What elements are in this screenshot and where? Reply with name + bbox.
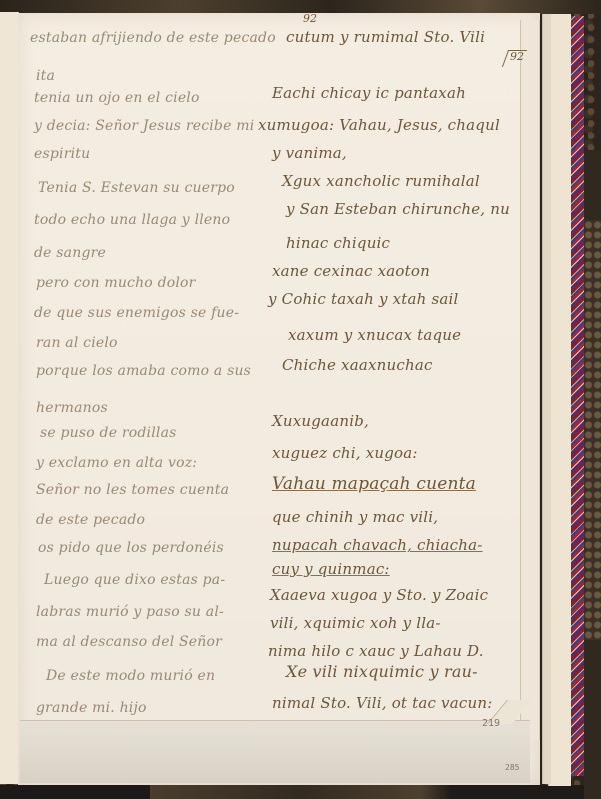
page-mount-strip	[20, 720, 530, 783]
text-line: xuguez chi, xugoa:	[272, 444, 418, 462]
text-line-underlined: nupacah chavach, chiacha-	[272, 536, 483, 554]
text-line: nimal Sto. Vili, ot tac vacun:	[272, 694, 492, 712]
text-line: y decia: Señor Jesus recibe mi	[34, 118, 254, 134]
text-line: tenia un ojo en el cielo	[34, 90, 200, 106]
text-line: Eachi chicay ic pantaxah	[272, 84, 466, 102]
text-line: Xuxugaanib,	[272, 412, 369, 430]
binding-right-texture	[584, 220, 601, 640]
text-line-underlined: cuy y quinmac:	[272, 560, 390, 578]
text-line: Señor no les tomes cuenta	[36, 482, 229, 498]
marbled-page-edge	[570, 16, 584, 776]
text-line: xaxum y xnucax taque	[288, 326, 461, 344]
gutter-page-edge	[0, 12, 19, 784]
pencil-mark: 285	[505, 763, 519, 772]
text-line: ran al cielo	[36, 335, 118, 351]
binding-top-edge	[0, 0, 601, 14]
stacked-page-edge	[548, 14, 571, 786]
text-line: xane cexinac xaoton	[272, 262, 430, 280]
text-line: y Cohic taxah y xtah sail	[268, 290, 459, 308]
text-line: ma al descanso del Señor	[36, 634, 222, 650]
text-line: os pido que los perdonéis	[38, 540, 224, 556]
text-line: Chiche xaaxnuchac	[282, 356, 433, 374]
text-line: y exclamo en alta voz:	[36, 455, 197, 471]
text-line: De este modo murió en	[46, 668, 215, 684]
text-line: nima hilo c xauc y Lahau D.	[268, 642, 484, 660]
text-line: xumugoa: Vahau, Jesus, chaqul	[258, 116, 500, 134]
text-line: de este pecado	[36, 512, 145, 528]
text-line: que chinih y mac vili,	[272, 508, 438, 526]
text-line: cutum y rumimal Sto. Vili	[286, 28, 485, 46]
text-line: y San Esteban chirunche, nu	[286, 200, 510, 218]
text-line: grande mi. hijo	[36, 700, 147, 716]
text-line: ita	[36, 68, 55, 84]
text-line: pero con mucho dolor	[36, 275, 196, 291]
text-line: Xgux xancholic rumihalal	[282, 172, 480, 190]
text-line: porque los amaba como a sus	[36, 363, 251, 379]
text-line: Tenia S. Estevan su cuerpo	[38, 180, 235, 196]
text-line: Xe vili nixquimic y rau-	[286, 662, 478, 681]
text-line: labras murió y paso su al-	[36, 604, 224, 620]
text-line: hermanos	[36, 400, 108, 416]
page-fold-edge	[520, 20, 540, 740]
text-line: vili, xquimic xoh y lla-	[270, 614, 441, 632]
pencil-page-number: 219	[482, 718, 500, 729]
folio-number: 92	[510, 50, 524, 63]
text-line: hinac chiquic	[286, 234, 390, 252]
stacked-page-edge-inner	[542, 14, 551, 784]
text-line: Luego que dixo estas pa-	[44, 572, 225, 588]
text-line: se puso de rodillas	[40, 425, 177, 441]
folio-number-top: 92	[303, 12, 317, 25]
binding-bottom-edge	[0, 785, 601, 799]
text-line: todo echo una llaga y lleno	[34, 212, 230, 228]
text-line-underlined: Vahau mapaçah cuenta	[272, 474, 476, 494]
text-line: estaban afrijiendo de este pecado	[30, 30, 276, 46]
text-line: Xaaeva xugoa y Sto. y Zoaic	[270, 586, 488, 604]
text-line: de sangre	[34, 245, 106, 261]
text-line: espiritu	[34, 146, 90, 162]
text-line: de que sus enemigos se fue-	[34, 305, 239, 321]
text-line: y vanima,	[272, 144, 347, 162]
